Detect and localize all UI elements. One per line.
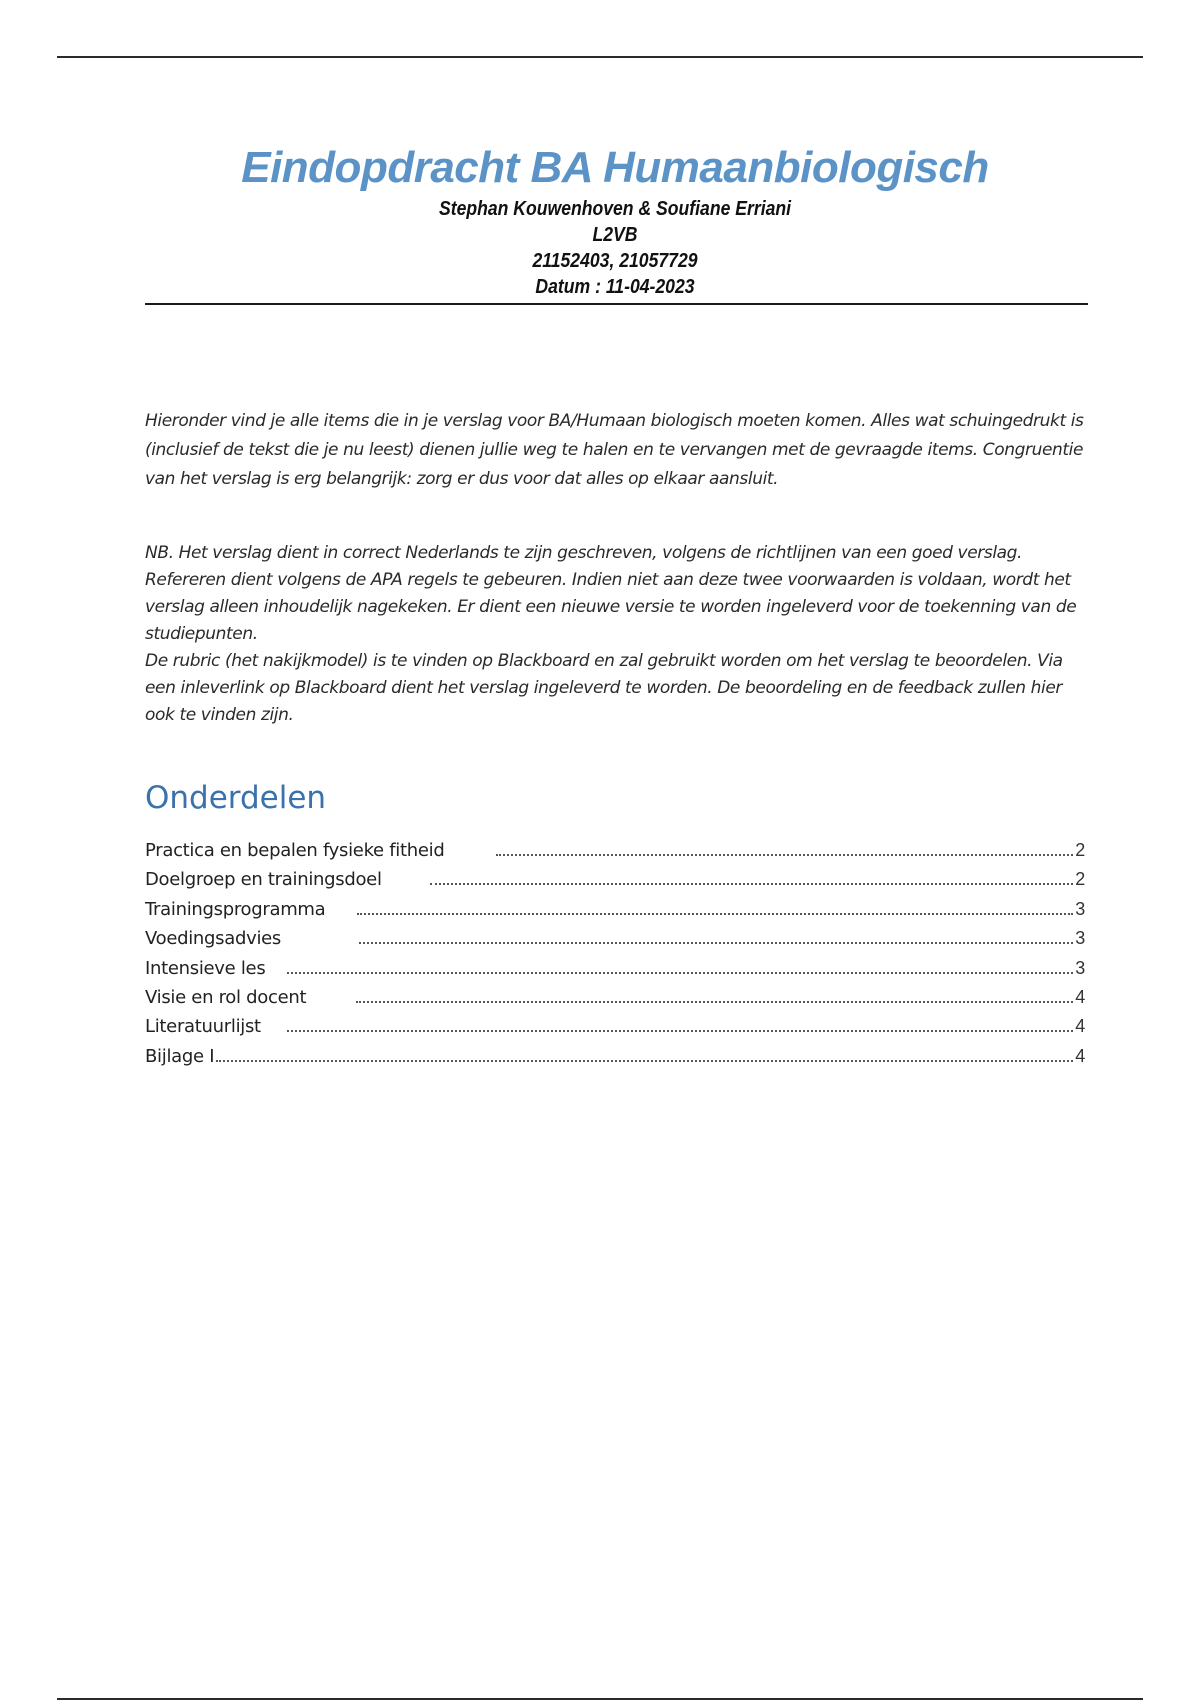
toc-entry[interactable]: Trainingsprogramma 3 <box>145 899 1085 928</box>
toc-leader <box>287 972 1073 974</box>
intro-text-1: Hieronder vind je alle items die in je v… <box>145 407 1085 494</box>
page-header-rule <box>57 56 1143 58</box>
toc-entry[interactable]: Bijlage I 4 <box>145 1046 1085 1075</box>
toc-leader <box>356 1001 1073 1003</box>
toc-leader <box>496 854 1073 856</box>
toc-leader <box>359 942 1073 944</box>
title-divider <box>145 303 1088 305</box>
class-code: L2VB <box>74 222 1156 248</box>
toc-leader <box>216 1060 1073 1062</box>
intro-paragraph-1: Hieronder vind je alle items die in je v… <box>145 407 1085 494</box>
toc-entry-page: 3 <box>1075 928 1085 949</box>
toc-leader <box>287 1030 1073 1032</box>
toc-entry[interactable]: Practica en bepalen fysieke fitheid 2 <box>145 840 1085 869</box>
toc-entry-label: Practica en bepalen fysieke fitheid <box>145 840 444 861</box>
toc-entry[interactable]: Visie en rol docent 4 <box>145 987 1085 1016</box>
toc-entry-page: 3 <box>1075 899 1085 920</box>
toc-leader <box>430 883 1074 885</box>
toc-entry-label: Intensieve les <box>145 958 265 979</box>
toc-entry-page: 4 <box>1075 1046 1085 1067</box>
toc-entry-label: Visie en rol docent <box>145 987 306 1008</box>
toc-entry-page: 2 <box>1075 869 1085 890</box>
document-title: Eindopdracht BA Humaanbiologisch <box>0 140 1200 196</box>
toc-entry[interactable]: Doelgroep en trainingsdoel 2 <box>145 869 1085 898</box>
student-numbers: 21152403, 21057729 <box>74 248 1156 274</box>
toc-entry-page: 2 <box>1075 840 1085 861</box>
document-date: Datum : 11-04-2023 <box>74 274 1156 300</box>
toc-entry[interactable]: Voedingsadvies 3 <box>145 928 1085 957</box>
toc-heading: Onderdelen <box>145 780 326 816</box>
toc-entry[interactable]: Literatuurlijst 4 <box>145 1016 1085 1045</box>
title-block: Eindopdracht BA Humaanbiologisch Stephan… <box>0 140 1200 300</box>
intro-text-2: NB. Het verslag dient in correct Nederla… <box>145 540 1085 648</box>
toc-entry-label: Literatuurlijst <box>145 1016 261 1037</box>
toc-entry-page: 4 <box>1075 1016 1085 1037</box>
intro-notes: NB. Het verslag dient in correct Nederla… <box>145 540 1085 729</box>
toc-entry-label: Bijlage I <box>145 1046 214 1067</box>
toc-entry-page: 3 <box>1075 958 1085 979</box>
toc-entry-label: Doelgroep en trainingsdoel <box>145 869 382 890</box>
toc-leader <box>357 913 1073 915</box>
intro-text-3: De rubric (het nakijkmodel) is te vinden… <box>145 648 1085 729</box>
toc-entry-label: Voedingsadvies <box>145 928 281 949</box>
toc-entry-page: 4 <box>1075 987 1085 1008</box>
authors: Stephan Kouwenhoven & Soufiane Erriani <box>74 196 1156 222</box>
toc-entry-label: Trainingsprogramma <box>145 899 325 920</box>
toc-entry[interactable]: Intensieve les 3 <box>145 958 1085 987</box>
table-of-contents: Practica en bepalen fysieke fitheid 2 Do… <box>145 840 1085 1075</box>
